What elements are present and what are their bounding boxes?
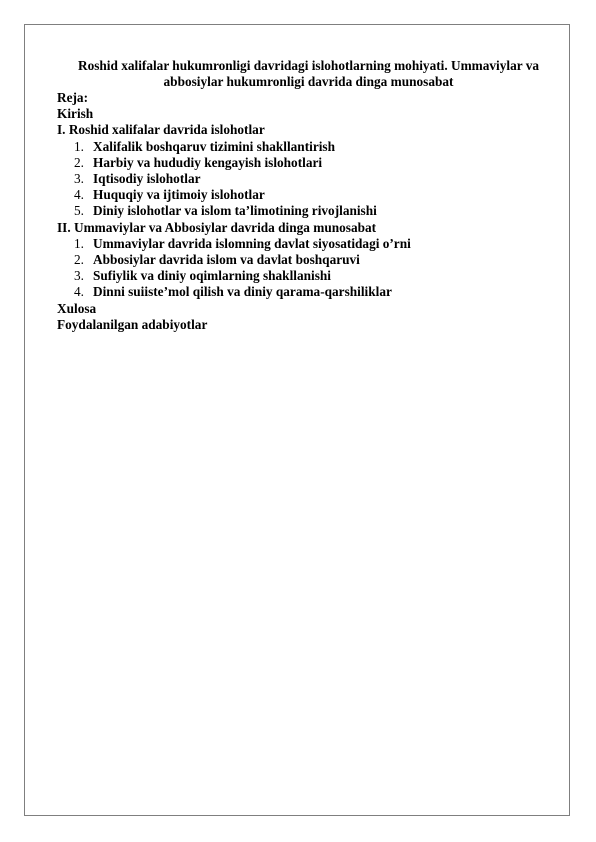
list-item: 3.Sufiylik va diniy oqimlarning shakllan… [57,268,554,284]
list-number: 2. [74,252,84,268]
document-body: Roshid xalifalar hukumronligi davridagi … [57,58,554,333]
list-number: 3. [74,171,84,187]
conclusion-heading: Xulosa [57,301,554,317]
list-text: Harbiy va hududiy kengayish islohotlari [93,155,322,170]
list-text: Dinni suiiste’mol qilish va diniy qarama… [93,284,392,299]
list-text: Sufiylik va diniy oqimlarning shakllanis… [93,268,331,283]
list-item: 1.Ummaviylar davrida islomning davlat si… [57,236,554,252]
list-text: Ummaviylar davrida islomning davlat siyo… [93,236,411,251]
list-item: 2.Abbosiylar davrida islom va davlat bos… [57,252,554,268]
list-number: 4. [74,284,84,300]
document-title: Roshid xalifalar hukumronligi davridagi … [57,58,554,90]
list-item: 4.Dinni suiiste’mol qilish va diniy qara… [57,284,554,300]
list-text: Huquqiy va ijtimoiy islohotlar [93,187,265,202]
list-item: 1.Xalifalik boshqaruv tizimini shakllant… [57,139,554,155]
list-text: Xalifalik boshqaruv tizimini shakllantir… [93,139,335,154]
list-item: 4.Huquqiy va ijtimoiy islohotlar [57,187,554,203]
plan-label: Reja: [57,90,554,106]
section-heading-2: II. Ummaviylar va Abbosiylar davrida din… [57,220,554,236]
list-text: Diniy islohotlar va islom ta’limotining … [93,203,377,218]
list-text: Iqtisodiy islohotlar [93,171,201,186]
list-number: 2. [74,155,84,171]
list-number: 1. [74,139,84,155]
list-number: 1. [74,236,84,252]
section-heading-1: I. Roshid xalifalar davrida islohotlar [57,122,554,138]
list-item: 2.Harbiy va hududiy kengayish islohotlar… [57,155,554,171]
references-heading: Foydalanilgan adabiyotlar [57,317,554,333]
list-item: 3.Iqtisodiy islohotlar [57,171,554,187]
list-number: 3. [74,268,84,284]
intro-heading: Kirish [57,106,554,122]
list-text: Abbosiylar davrida islom va davlat boshq… [93,252,360,267]
list-item: 5.Diniy islohotlar va islom ta’limotinin… [57,203,554,219]
list-number: 5. [74,203,84,219]
list-number: 4. [74,187,84,203]
